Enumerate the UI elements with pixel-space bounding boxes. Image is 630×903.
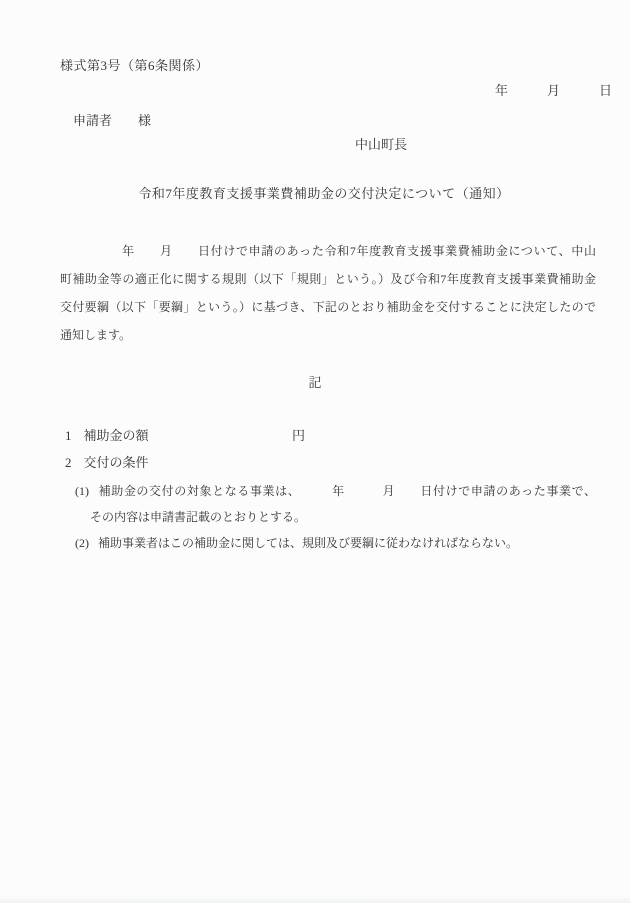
- condition-2-line: (2)補助事業者はこの補助金に関しては、規則及び要綱に従わなければならない。: [75, 537, 518, 551]
- addressee-line: 申請者 様: [73, 114, 151, 129]
- item-1-label: 補助金の額: [84, 428, 149, 443]
- amount-unit-yen: 円: [292, 429, 305, 444]
- item-grant-conditions: 2交付の条件: [60, 456, 630, 471]
- body-line-4: 通知します。: [60, 321, 596, 349]
- document-title: 令和7年度教育支援事業費補助金の交付決定について（通知）: [0, 187, 630, 202]
- condition-2-number: (2): [75, 536, 89, 550]
- body-line-1: 年 月 日付けで申請のあった令和7年度教育支援事業費補助金について、中山: [60, 237, 596, 265]
- item-1-number: 1: [65, 428, 72, 443]
- page-bottom-edge: [0, 896, 630, 903]
- form-number: 様式第3号（第6条関係）: [60, 59, 209, 74]
- document-page: 様式第3号（第6条関係） 年 月 日 申請者 様 中山町長 令和7年度教育支援事…: [0, 0, 630, 903]
- condition-1-text: 補助金の交付の対象となる事業は、 年 月 日付けで申請のあった事業で、: [98, 484, 596, 498]
- condition-2-text: 補助事業者はこの補助金に関しては、規則及び要綱に従わなければならない。: [98, 536, 518, 550]
- body-line-3: 交付要綱（以下「要綱」という。）に基づき、下記のとおり補助金を交付することに決定…: [60, 293, 596, 321]
- item-subsidy-amount: 1補助金の額 円: [60, 429, 630, 444]
- body-line-2: 町補助金等の適正化に関する規則（以下「規則」という。）及び令和7年度教育支援事業…: [60, 265, 596, 293]
- condition-1-line-2: その内容は申請書記載のとおりとする。: [90, 511, 306, 525]
- record-heading: 記: [0, 376, 630, 391]
- condition-1-line-1: (1)補助金の交付の対象となる事業は、 年 月 日付けで申請のあった事業で、: [75, 485, 596, 499]
- condition-1-number: (1): [75, 484, 89, 498]
- issue-date-blank: 年 月 日: [0, 84, 612, 99]
- item-2-label: 交付の条件: [84, 455, 149, 470]
- body-paragraph: 年 月 日付けで申請のあった令和7年度教育支援事業費補助金について、中山 町補助…: [60, 237, 596, 349]
- sender-name: 中山町長: [355, 138, 407, 153]
- item-2-number: 2: [65, 455, 72, 470]
